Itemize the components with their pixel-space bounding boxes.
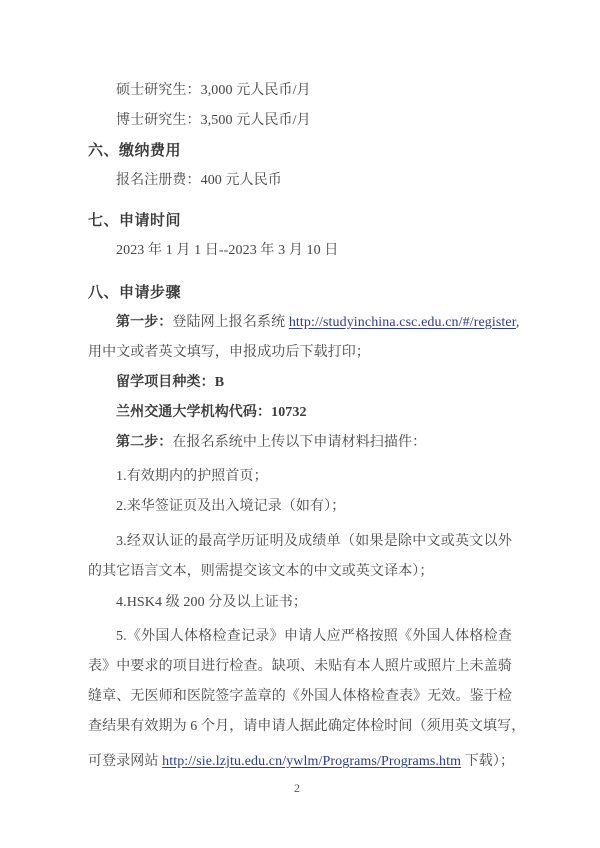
line-material-5-cont-2: 缝章、无医师和医院签字盖章的《外国人体格检查表》无效。鉴于检 (88, 682, 512, 712)
line-material-5-cont-3: 查结果有效期为 6 个月，请申请人据此确定体检时间（须用英文填写， (88, 712, 512, 742)
line-step-2: 第二步：在报名系统中上传以下申请材料扫描件： (88, 428, 512, 458)
line-masters-stipend: 硕士研究生：3,000 元人民币/月 (88, 76, 512, 106)
register-url-link[interactable]: http://studyinchina.csc.edu.cn/#/registe… (289, 315, 516, 330)
line-step-1: 第一步：登陆网上报名系统 http://studyinchina.csc.edu… (88, 308, 512, 338)
line-program-category: 留学项目种类：B (88, 368, 512, 398)
document-page: 硕士研究生：3,000 元人民币/月 博士研究生：3,500 元人民币/月 六、… (0, 0, 600, 848)
masters-stipend-text: 硕士研究生：3,000 元人民币/月 (116, 83, 311, 98)
heading-section-8-application-steps: 八、申请步骤 (88, 278, 512, 308)
material-1-text: 1.有效期内的护照首页； (116, 469, 268, 484)
application-period-text: 2023 年 1 月 1 日--2023 年 3 月 10 日 (116, 243, 338, 258)
section-7-title: 七、申请时间 (88, 213, 181, 229)
line-material-5-cont-1: 表》中要求的项目进行检查。缺项、未贴有本人照片或照片上未盖骑 (88, 652, 512, 682)
line-registration-fee: 报名注册费：400 元人民币 (88, 166, 512, 196)
line-material-3-cont: 的其它语言文本，则需提交该文本的中文或英文译本）； (88, 557, 512, 587)
material-2-text: 2.来华签证页及出入境记录（如有）； (116, 499, 345, 514)
line-institution-code: 兰州交通大学机构代码：10732 (88, 398, 512, 428)
material-3-cont-text: 的其它语言文本，则需提交该文本的中文或英文译本）； (88, 564, 434, 579)
heading-section-7-application-time: 七、申请时间 (88, 206, 512, 236)
program-category-text: 留学项目种类：B (116, 375, 224, 390)
line-material-5-cont-4: 可登录网站 http://sie.lzjtu.edu.cn/ywlm/Progr… (88, 747, 512, 777)
line-doctoral-stipend: 博士研究生：3,500 元人民币/月 (88, 106, 512, 136)
material-5-cont-3-text: 查结果有效期为 6 个月，请申请人据此确定体检时间（须用英文填写， (88, 719, 525, 734)
section-8-title: 八、申请步骤 (88, 285, 181, 301)
step-1-label: 第一步： (116, 315, 172, 330)
line-application-period: 2023 年 1 月 1 日--2023 年 3 月 10 日 (88, 236, 512, 266)
line-material-5: 5.《外国人体格检查记录》申请人应严格按照《外国人体格检查 (88, 622, 512, 652)
material-5-text: 5.《外国人体格检查记录》申请人应严格按照《外国人体格检查 (116, 629, 512, 644)
material-5-cont-2-text: 缝章、无医师和医院签字盖章的《外国人体格检查表》无效。鉴于检 (88, 689, 512, 704)
line-material-4: 4.HSK4 级 200 分及以上证书； (88, 588, 512, 618)
material-3-text: 3.经双认证的最高学历证明及成绩单（如果是除中文或英文以外 (116, 534, 512, 549)
material-4-text: 4.HSK4 级 200 分及以上证书； (116, 595, 307, 610)
material-5-cont-4-suffix: 下载）； (461, 754, 514, 769)
step-1-cont-text: 用中文或者英文填写，申报成功后下载打印； (88, 345, 370, 360)
step-2-text: 在报名系统中上传以下申请材料扫描件： (172, 435, 426, 450)
heading-section-6-fees: 六、缴纳费用 (88, 136, 512, 166)
material-5-cont-4-prefix: 可登录网站 (88, 754, 162, 769)
step-1-trailing-comma: , (516, 315, 520, 330)
programs-url-link[interactable]: http://sie.lzjtu.edu.cn/ywlm/Programs/Pr… (162, 754, 461, 769)
step-1-text: 登陆网上报名系统 (172, 315, 288, 330)
document-body: 硕士研究生：3,000 元人民币/月 博士研究生：3,500 元人民币/月 六、… (88, 76, 512, 777)
institution-code-text: 兰州交通大学机构代码：10732 (116, 405, 307, 420)
line-step-1-cont: 用中文或者英文填写，申报成功后下载打印； (88, 338, 512, 368)
line-material-1: 1.有效期内的护照首页； (88, 462, 512, 492)
doctoral-stipend-text: 博士研究生：3,500 元人民币/月 (116, 113, 311, 128)
line-material-2: 2.来华签证页及出入境记录（如有）； (88, 492, 512, 522)
step-2-label: 第二步： (116, 435, 172, 450)
material-5-cont-1-text: 表》中要求的项目进行检查。缺项、未贴有本人照片或照片上未盖骑 (88, 659, 512, 674)
registration-fee-text: 报名注册费：400 元人民币 (116, 173, 282, 188)
line-material-3: 3.经双认证的最高学历证明及成绩单（如果是除中文或英文以外 (88, 527, 512, 557)
page-number: 2 (0, 781, 594, 796)
section-6-title: 六、缴纳费用 (88, 143, 181, 159)
